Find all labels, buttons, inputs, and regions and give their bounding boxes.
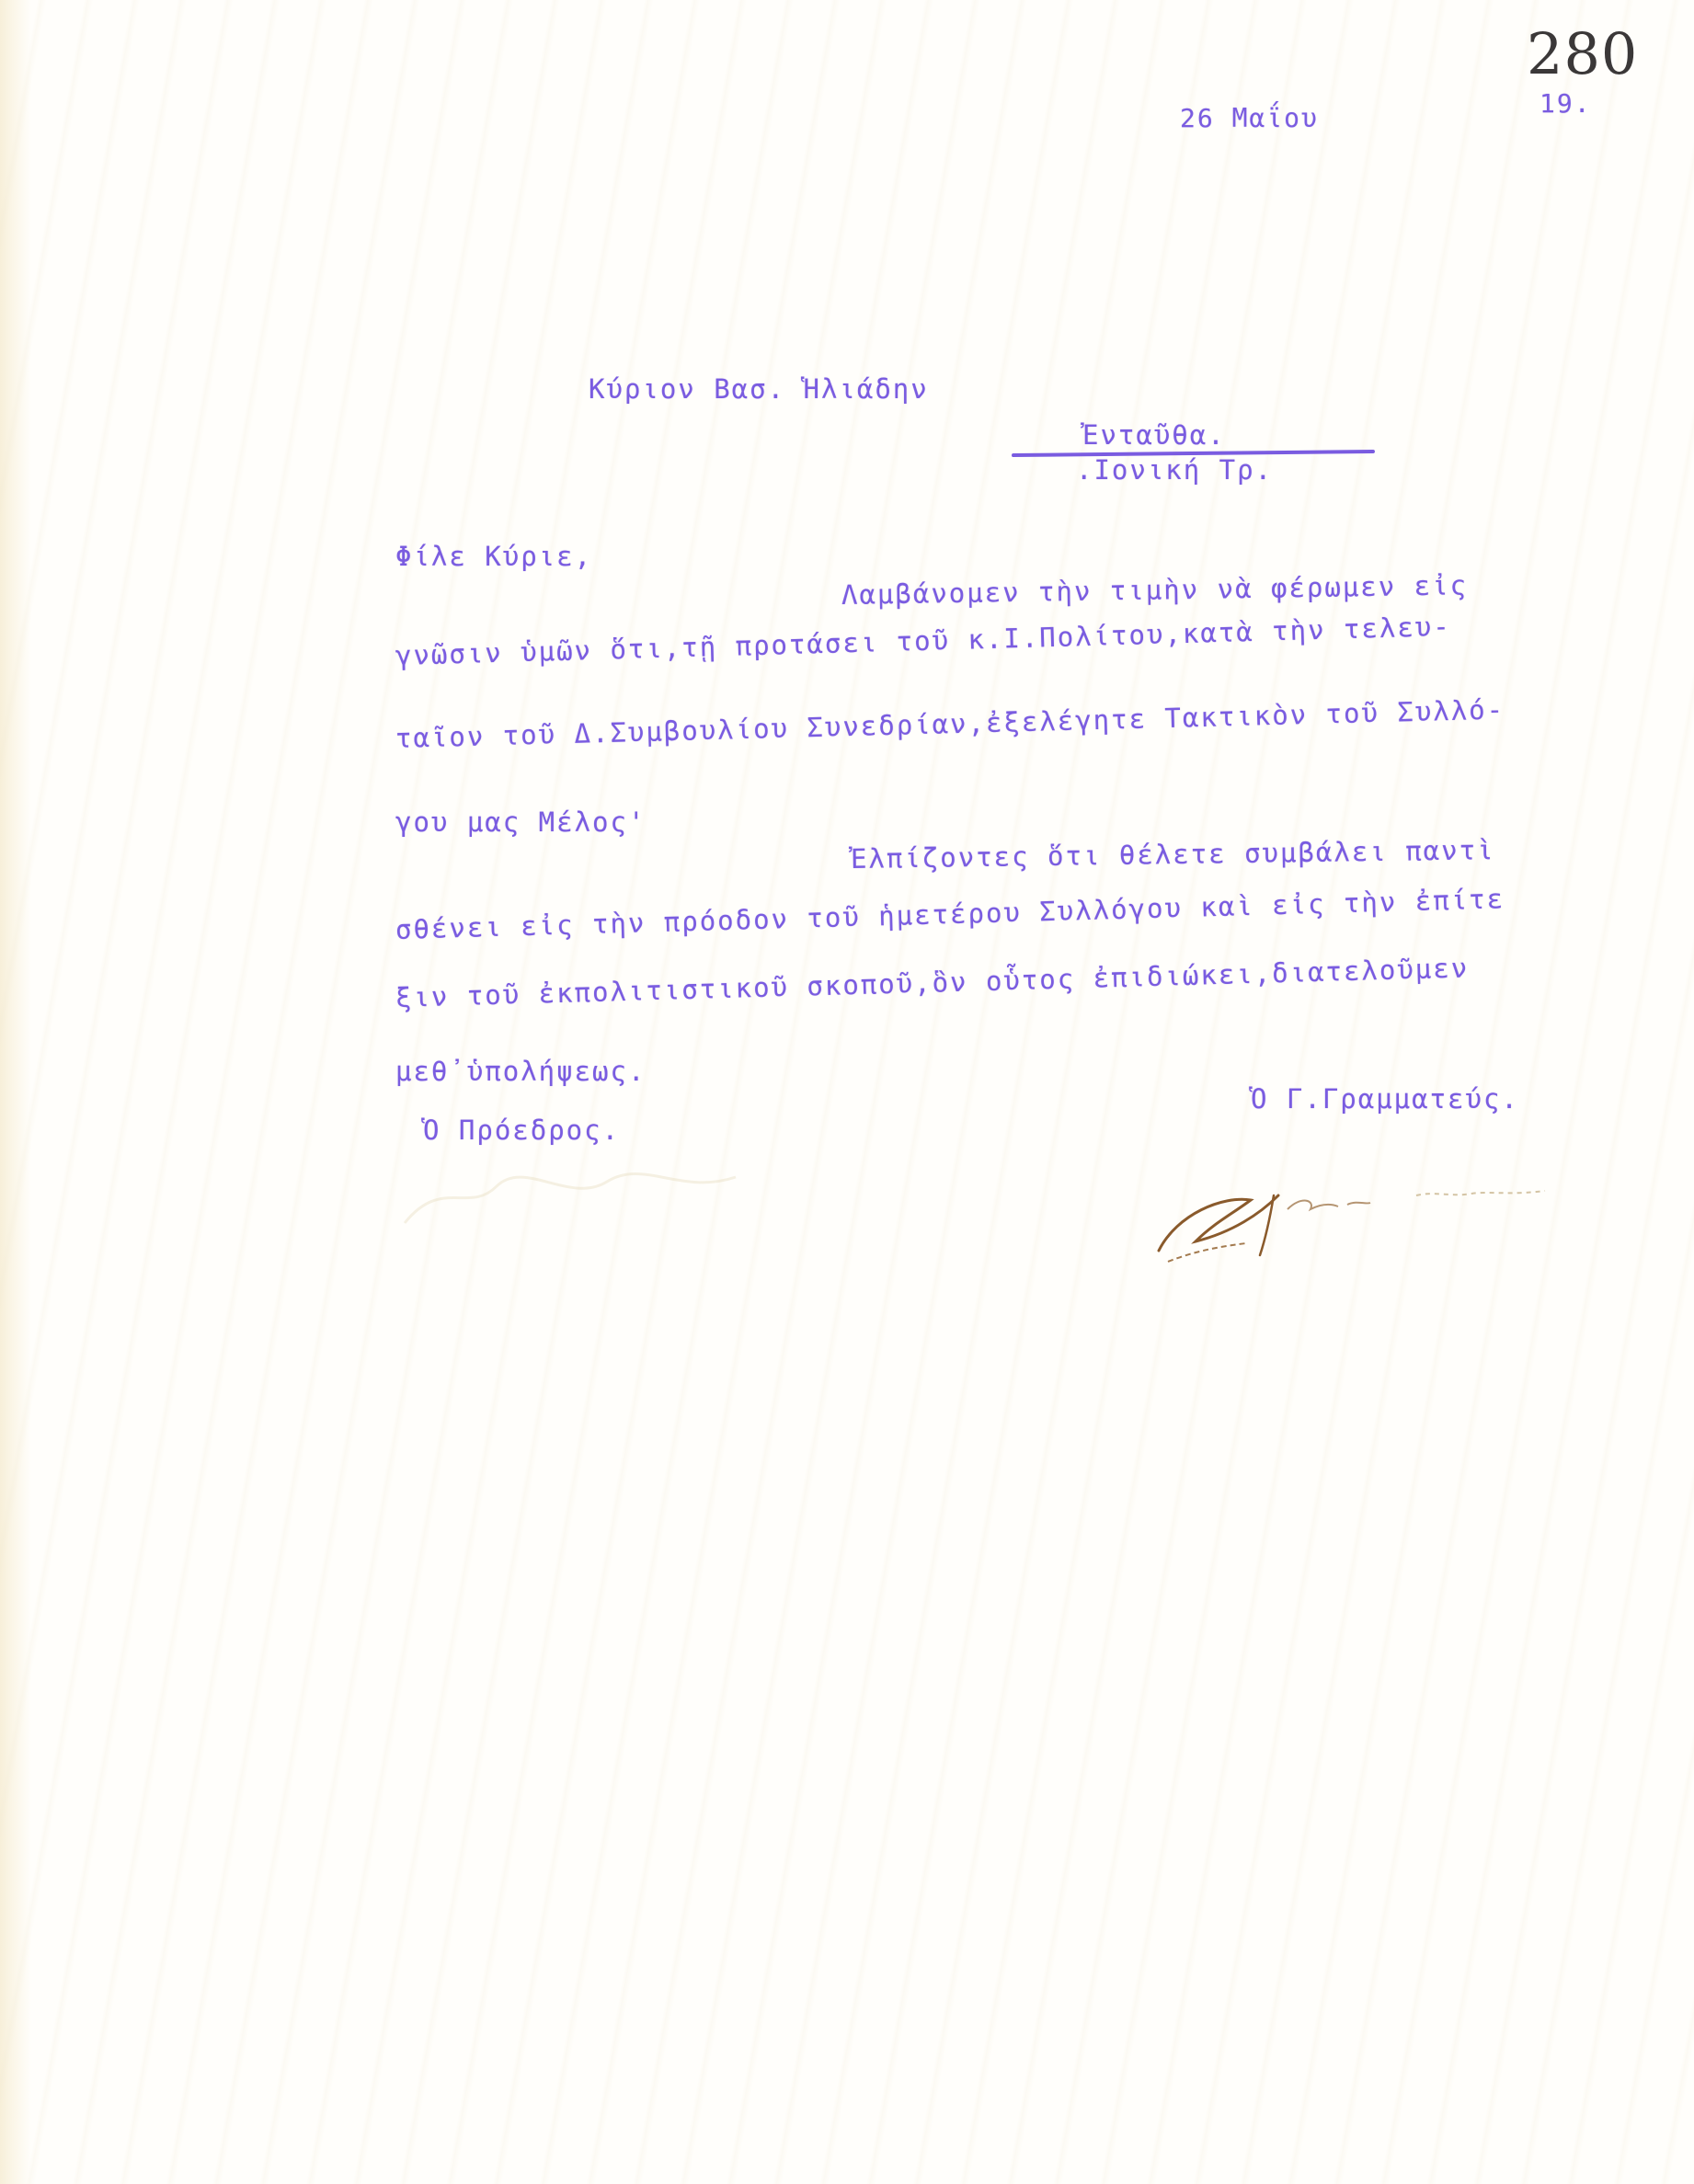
folio-number: 280 (1527, 20, 1638, 87)
signatory-president: Ὁ Πρόεδρος. (423, 1115, 620, 1146)
salutation: Φίλε Κύριε, (395, 541, 592, 572)
body-line-4: γου μας Μέλος' (395, 806, 646, 838)
body-line-8: μεθ᾽ὑπολήψεως. (395, 1056, 646, 1087)
recipient-name: Κύριον Βασ. Ἡλιάδην (589, 373, 929, 405)
recipient-note: .Ιονική Τρ. (1076, 454, 1273, 486)
faint-signature-mark (386, 1159, 754, 1241)
signatory-secretary: Ὁ Γ.Γραμματεύς. (1251, 1083, 1519, 1115)
recipient-location: Ἐνταῦθα. (1082, 419, 1226, 451)
letter-date: 26 Μαΐου (1180, 103, 1319, 133)
handwritten-signature (1140, 1159, 1582, 1269)
letter-year: 19. (1539, 88, 1592, 119)
